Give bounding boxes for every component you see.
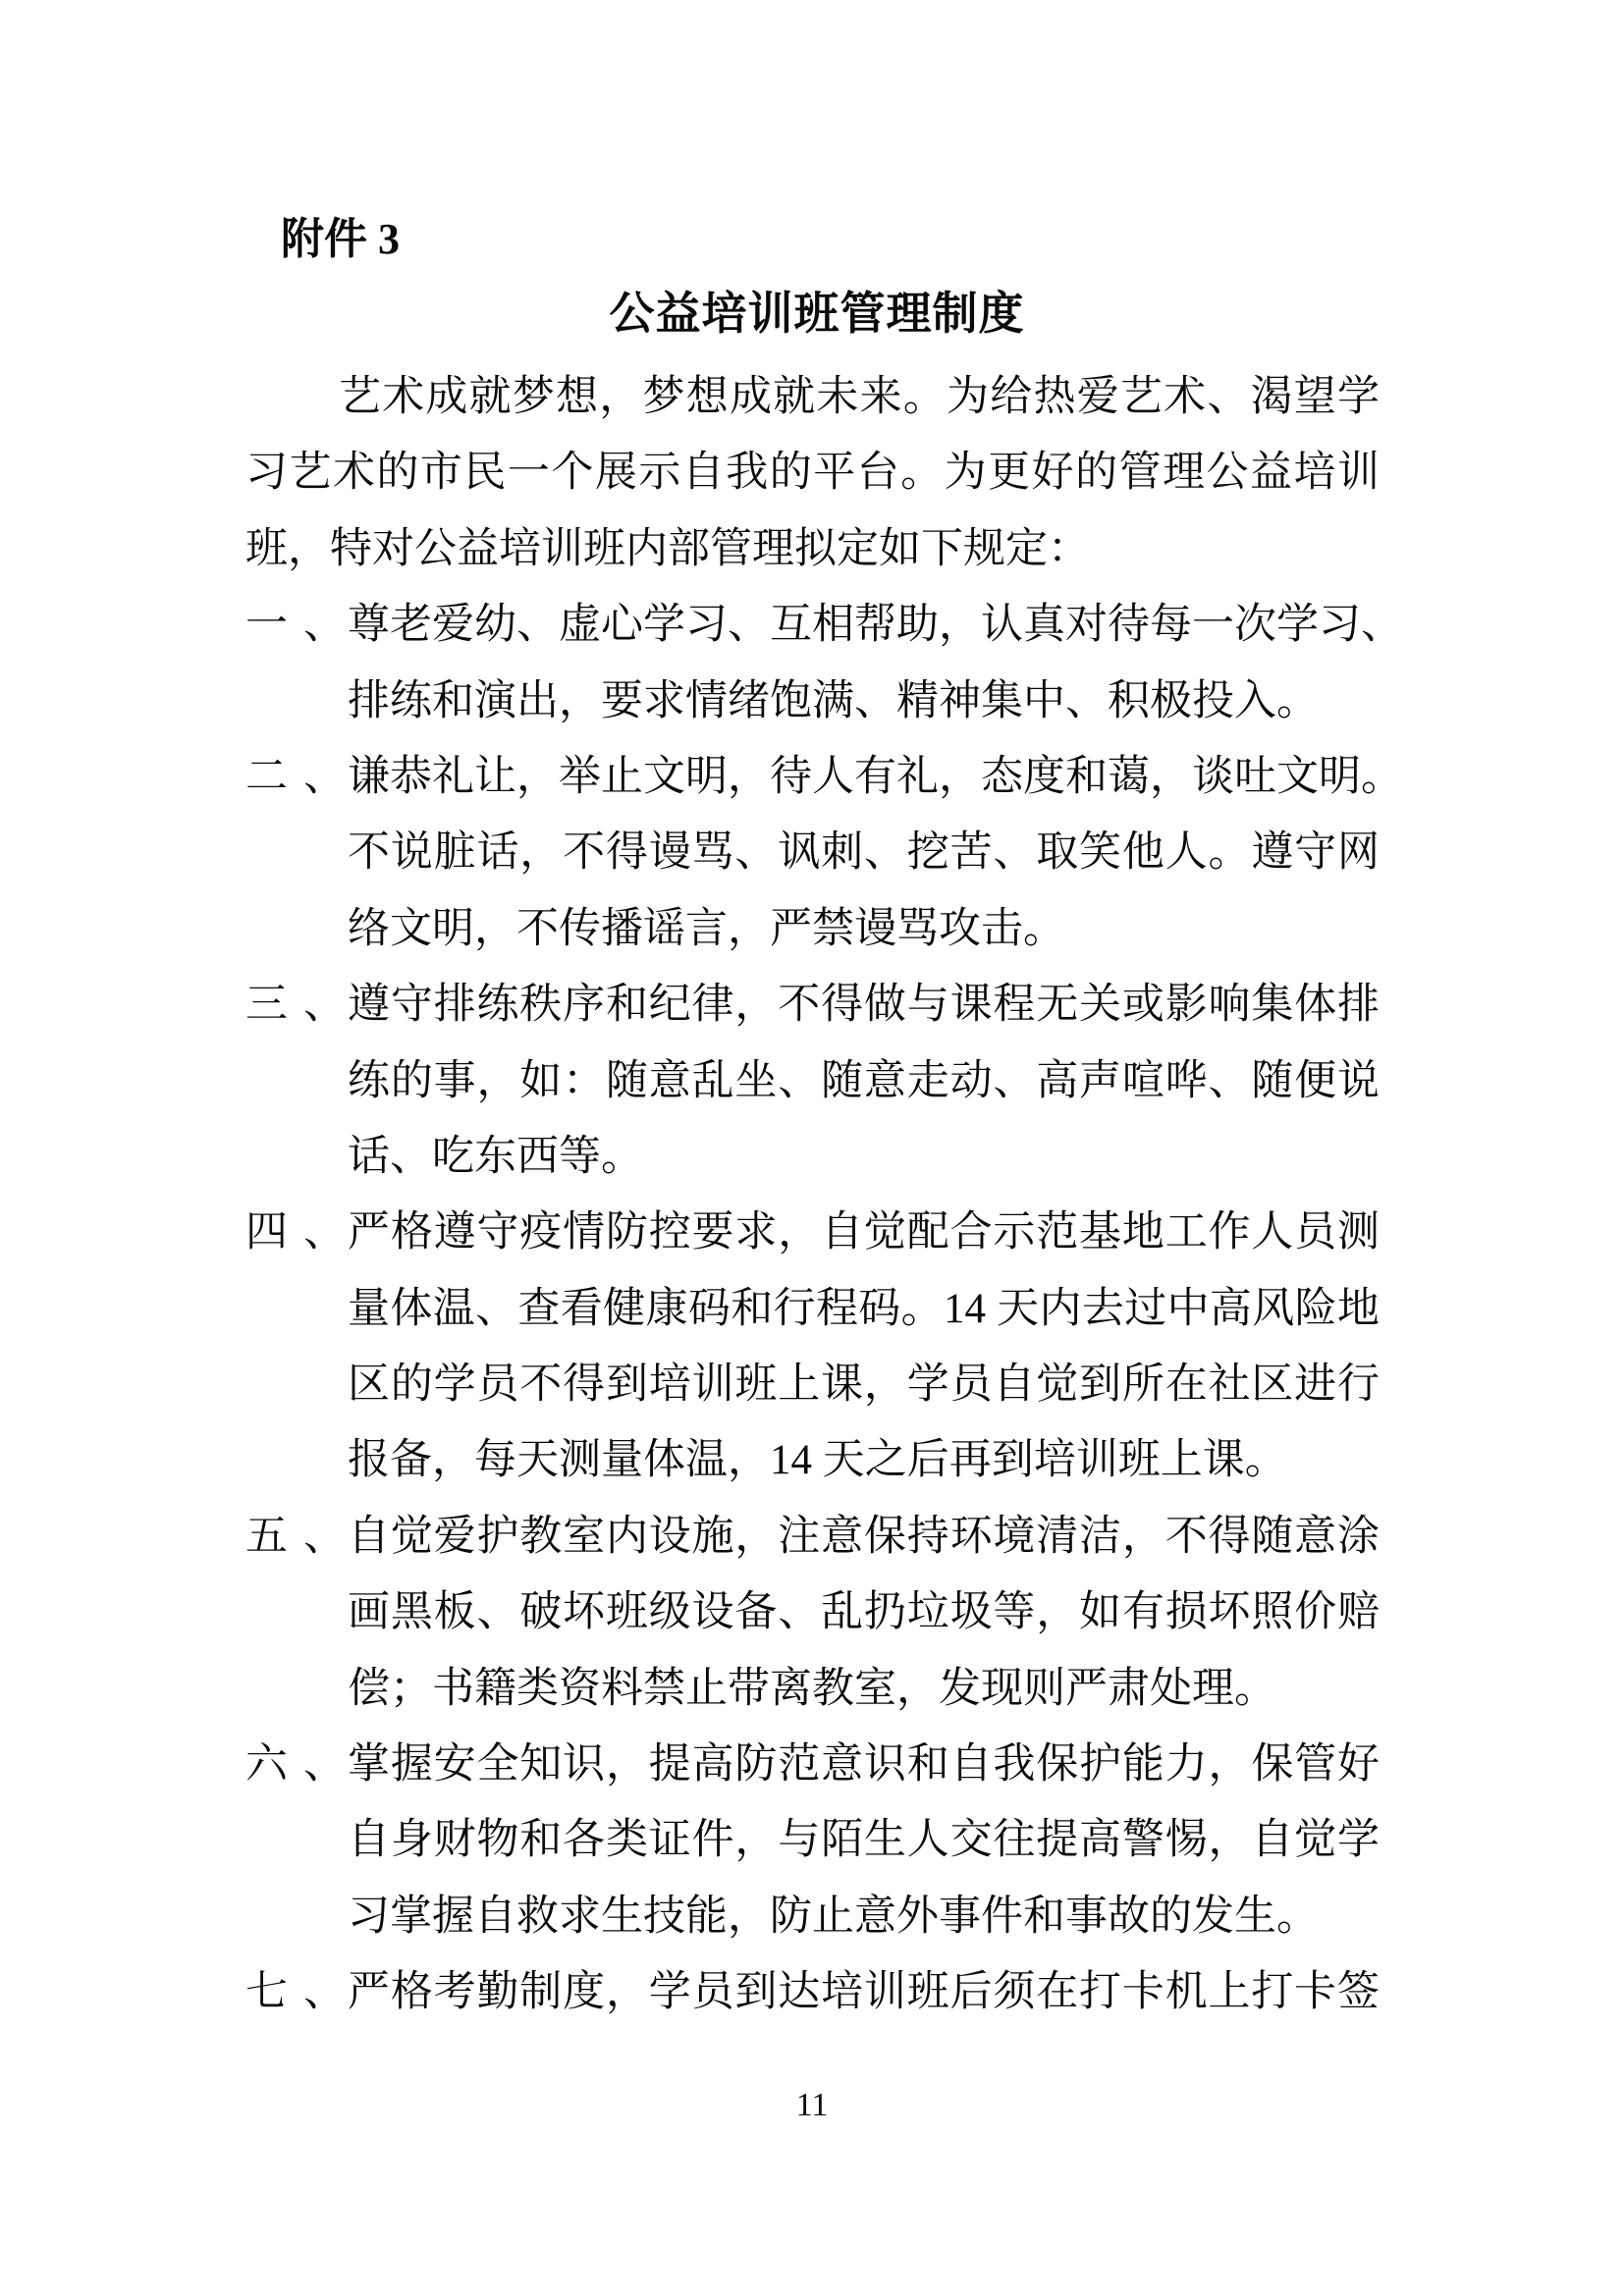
item-marker: 二、 [245, 739, 348, 815]
item-marker: 一、 [245, 587, 348, 663]
text-line: 六、掌握安全知识，提高防范意识和自我保护能力，保管好 [245, 1727, 1380, 1802]
attachment-label: 附件 3 [281, 216, 400, 263]
text-line: 习艺术的市民一个展示自我的平台。为更好的管理公益培训 [245, 435, 1380, 510]
text-line: 二、谦恭礼让，举止文明，待人有礼，态度和蔼，谈吐文明。 [245, 739, 1380, 815]
item-marker: 三、 [245, 967, 348, 1042]
text-line: 五、自觉爱护教室内设施，注意保持环境清洁，不得随意涂 [245, 1499, 1380, 1575]
text-line: 习掌握自救求生技能，防止意外事件和事故的发生。 [245, 1879, 1380, 1954]
item-marker: 四、 [245, 1195, 348, 1270]
text-line: 七、严格考勤制度，学员到达培训班后须在打卡机上打卡签 [245, 1954, 1380, 2030]
text-line: 一、尊老爱幼、虚心学习、互相帮助，认真对待每一次学习、 [245, 587, 1380, 663]
text-line: 三、遵守排练秩序和纪律，不得做与课程无关或影响集体排 [245, 967, 1380, 1042]
text-line: 量体温、查看健康码和行程码。14 天内去过中高风险地 [245, 1271, 1380, 1347]
page-number: 11 [0, 2087, 1624, 2123]
text-line: 不说脏话，不得谩骂、讽刺、挖苦、取笑他人。遵守网 [245, 815, 1380, 890]
text-line: 报备，每天测量体温，14 天之后再到培训班上课。 [245, 1422, 1380, 1498]
document-page: 附件 3 公益培训班管理制度 艺术成就梦想，梦想成就未来。为给热爱艺术、渴望学习… [0, 0, 1624, 2296]
text-line: 络文明，不传播谣言，严禁谩骂攻击。 [245, 891, 1380, 967]
text-line: 自身财物和各类证件，与陌生人交往提高警惕，自觉学 [245, 1802, 1380, 1878]
item-marker: 七、 [245, 1954, 348, 2030]
text-line: 练的事，如：随意乱坐、随意走动、高声喧哗、随便说 [245, 1043, 1380, 1119]
text-line: 排练和演出，要求情绪饱满、精神集中、积极投入。 [245, 664, 1380, 739]
text-line: 艺术成就梦想，梦想成就未来。为给热爱艺术、渴望学 [245, 359, 1380, 435]
text-line: 画黑板、破坏班级设备、乱扔垃圾等，如有损坏照价赔 [245, 1575, 1380, 1650]
text-line: 偿；书籍类资料禁止带离教室，发现则严肃处理。 [245, 1651, 1380, 1727]
item-marker: 五、 [245, 1499, 348, 1575]
document-body: 艺术成就梦想，梦想成就未来。为给热爱艺术、渴望学习艺术的市民一个展示自我的平台。… [245, 359, 1380, 2031]
text-line: 四、严格遵守疫情防控要求，自觉配合示范基地工作人员测 [245, 1195, 1380, 1270]
document-title: 公益培训班管理制度 [0, 289, 1624, 341]
text-line: 班，特对公益培训班内部管理拟定如下规定： [245, 511, 1380, 587]
text-line: 区的学员不得到培训班上课，学员自觉到所在社区进行 [245, 1347, 1380, 1422]
text-line: 话、吃东西等。 [245, 1119, 1380, 1195]
item-marker: 六、 [245, 1727, 348, 1802]
